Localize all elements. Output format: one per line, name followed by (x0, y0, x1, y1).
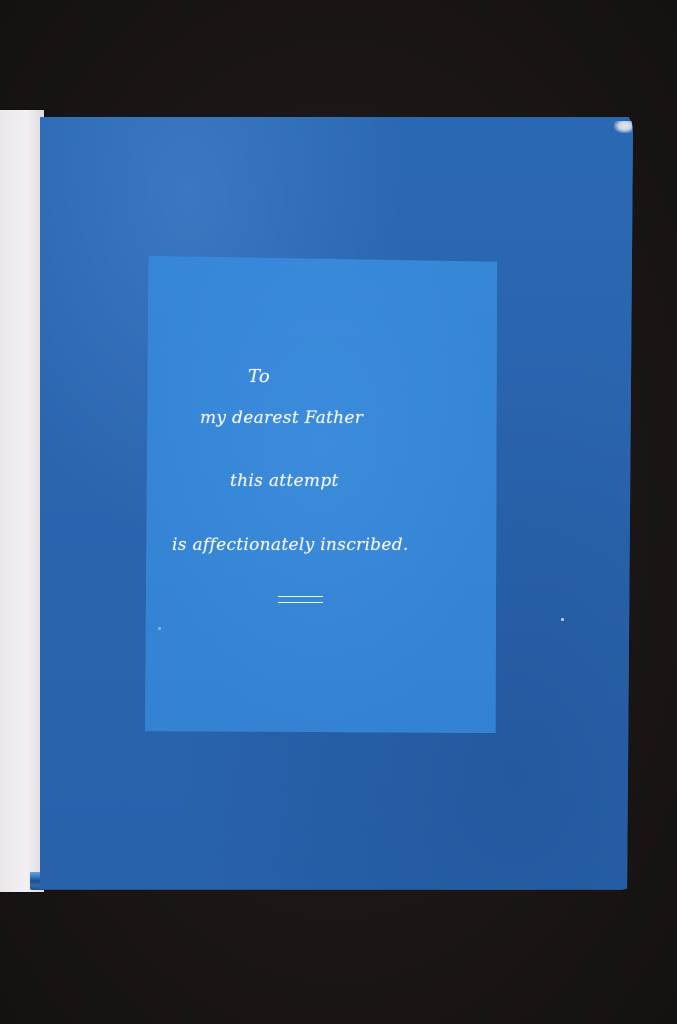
paper-speck (158, 627, 161, 630)
page-corner-wear (614, 121, 632, 133)
inscription-line-this-attempt: this attempt (230, 471, 339, 491)
paper-speck (561, 618, 564, 621)
inscription-line-dearest-father: my dearest Father (200, 408, 363, 428)
dedication-inscription: To my dearest Father this attempt is aff… (145, 256, 497, 733)
left-facing-page (0, 110, 44, 892)
double-underline-flourish (278, 596, 323, 603)
dedication-panel: To my dearest Father this attempt is aff… (145, 256, 497, 733)
inscription-line-to: To (248, 366, 270, 387)
inscription-line-affectionately-inscribed: is affectionately inscribed. (172, 535, 409, 555)
